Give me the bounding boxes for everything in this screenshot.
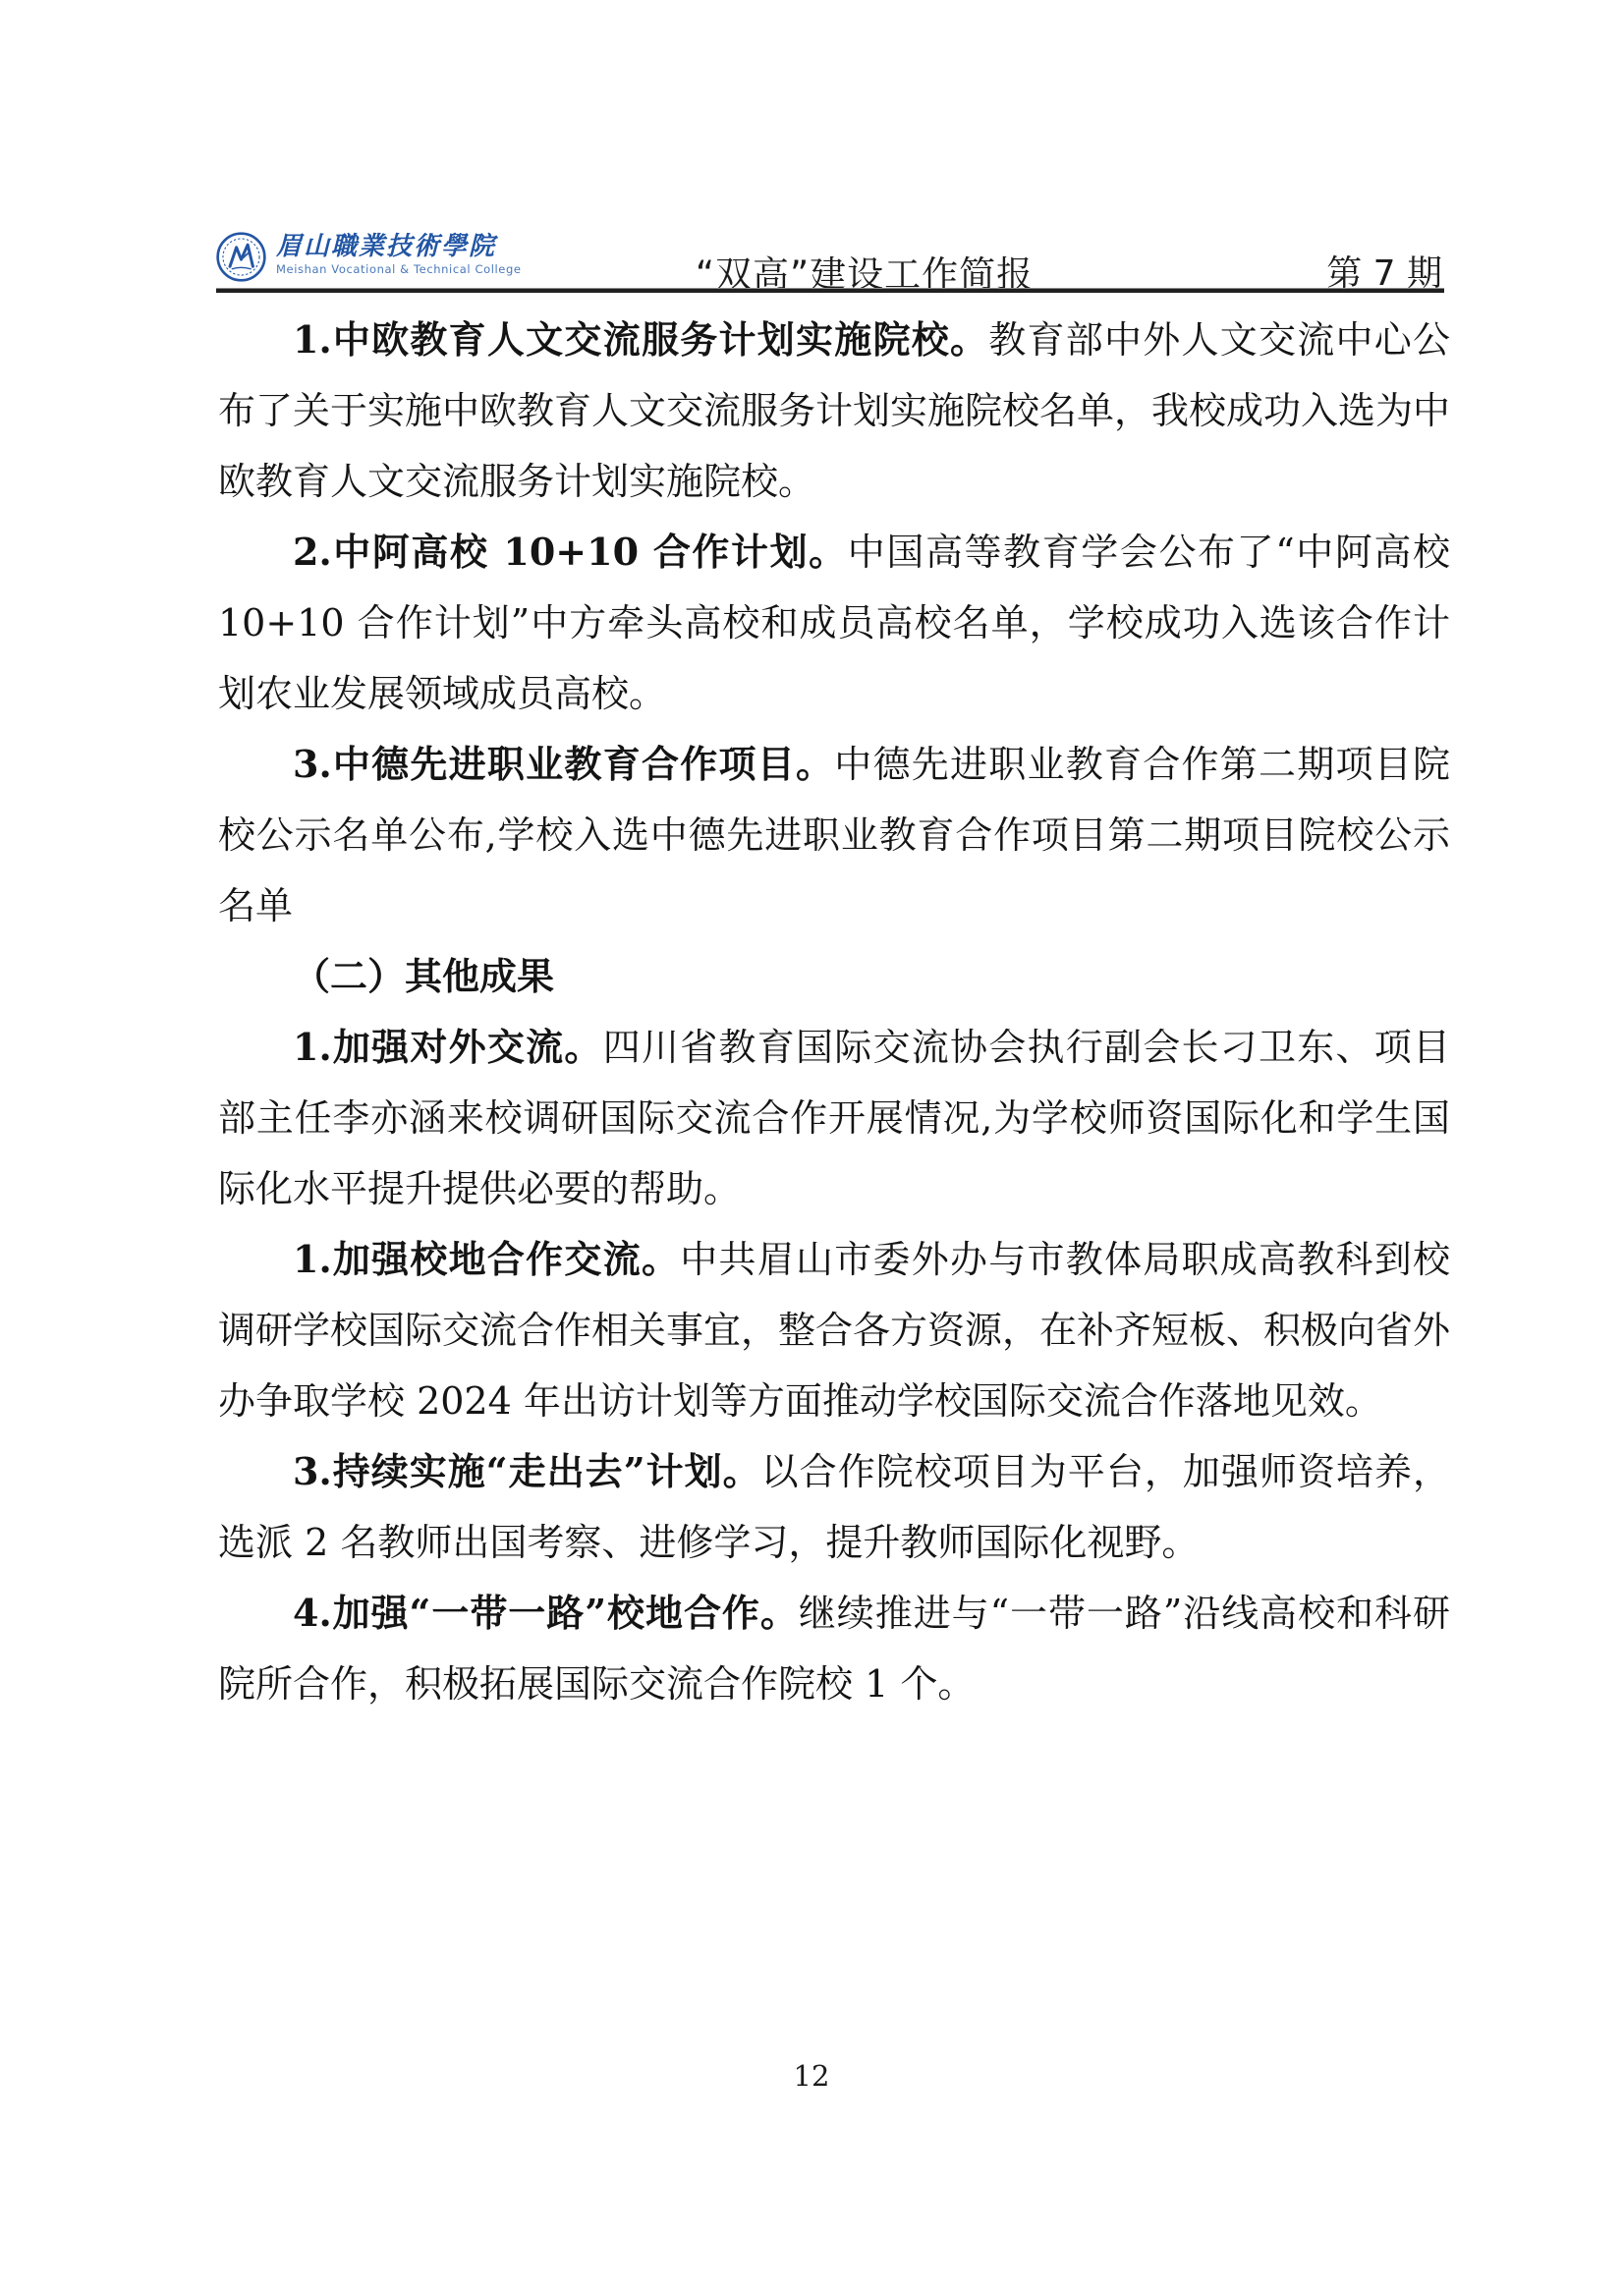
paragraph: 2.中阿高校 10+10 合作计划。中国高等教育学会公布了“中阿高校 10+10… bbox=[218, 517, 1450, 729]
paragraph-lead: 4.加强“一带一路”校地合作。 bbox=[293, 1591, 799, 1635]
paragraph-lead: 3.持续实施“走出去”计划。 bbox=[293, 1449, 761, 1493]
paragraph-lead: 3.中德先进职业教育合作项目。 bbox=[293, 742, 834, 786]
paragraph: 1.加强校地合作交流。中共眉山市委外办与市教体局职成高教科到校调研学校国际交流合… bbox=[218, 1224, 1450, 1436]
document-body: 1.中欧教育人文交流服务计划实施院校。教育部中外人文交流中心公布了关于实施中欧教… bbox=[218, 305, 1450, 1719]
paragraph: 4.加强“一带一路”校地合作。继续推进与“一带一路”沿线高校和科研院所合作，积极… bbox=[218, 1578, 1450, 1719]
paragraph: 1.中欧教育人文交流服务计划实施院校。教育部中外人文交流中心公布了关于实施中欧教… bbox=[218, 305, 1450, 517]
paragraph: 1.加强对外交流。四川省教育国际交流协会执行副会长刁卫东、项目部主任李亦涵来校调… bbox=[218, 1012, 1450, 1224]
paragraph: 3.中德先进职业教育合作项目。中德先进职业教育合作第二期项目院校公示名单公布,学… bbox=[218, 729, 1450, 941]
paragraph: 3.持续实施“走出去”计划。以合作院校项目为平台，加强师资培养，选派 2 名教师… bbox=[218, 1436, 1450, 1578]
logo-text-block: 眉山職業技術學院 Meishan Vocational & Technical … bbox=[276, 233, 522, 276]
college-name-cn: 眉山職業技術學院 bbox=[276, 233, 522, 260]
section-heading-label: （二）其他成果 bbox=[293, 954, 554, 998]
paragraph-lead: 2.中阿高校 10+10 合作计划。 bbox=[293, 530, 848, 574]
section-heading: （二）其他成果 bbox=[218, 941, 1450, 1012]
header-divider bbox=[216, 288, 1444, 293]
paragraph-lead: 1.中欧教育人文交流服务计划实施院校。 bbox=[293, 317, 988, 362]
paragraph-lead: 1.加强校地合作交流。 bbox=[293, 1237, 680, 1281]
page-number: 12 bbox=[0, 2059, 1623, 2093]
college-name-en: Meishan Vocational & Technical College bbox=[276, 262, 522, 276]
college-seal-icon bbox=[215, 231, 267, 287]
paragraph-lead: 1.加强对外交流。 bbox=[293, 1025, 603, 1069]
document-page: 眉山職業技術學院 Meishan Vocational & Technical … bbox=[0, 0, 1623, 2296]
